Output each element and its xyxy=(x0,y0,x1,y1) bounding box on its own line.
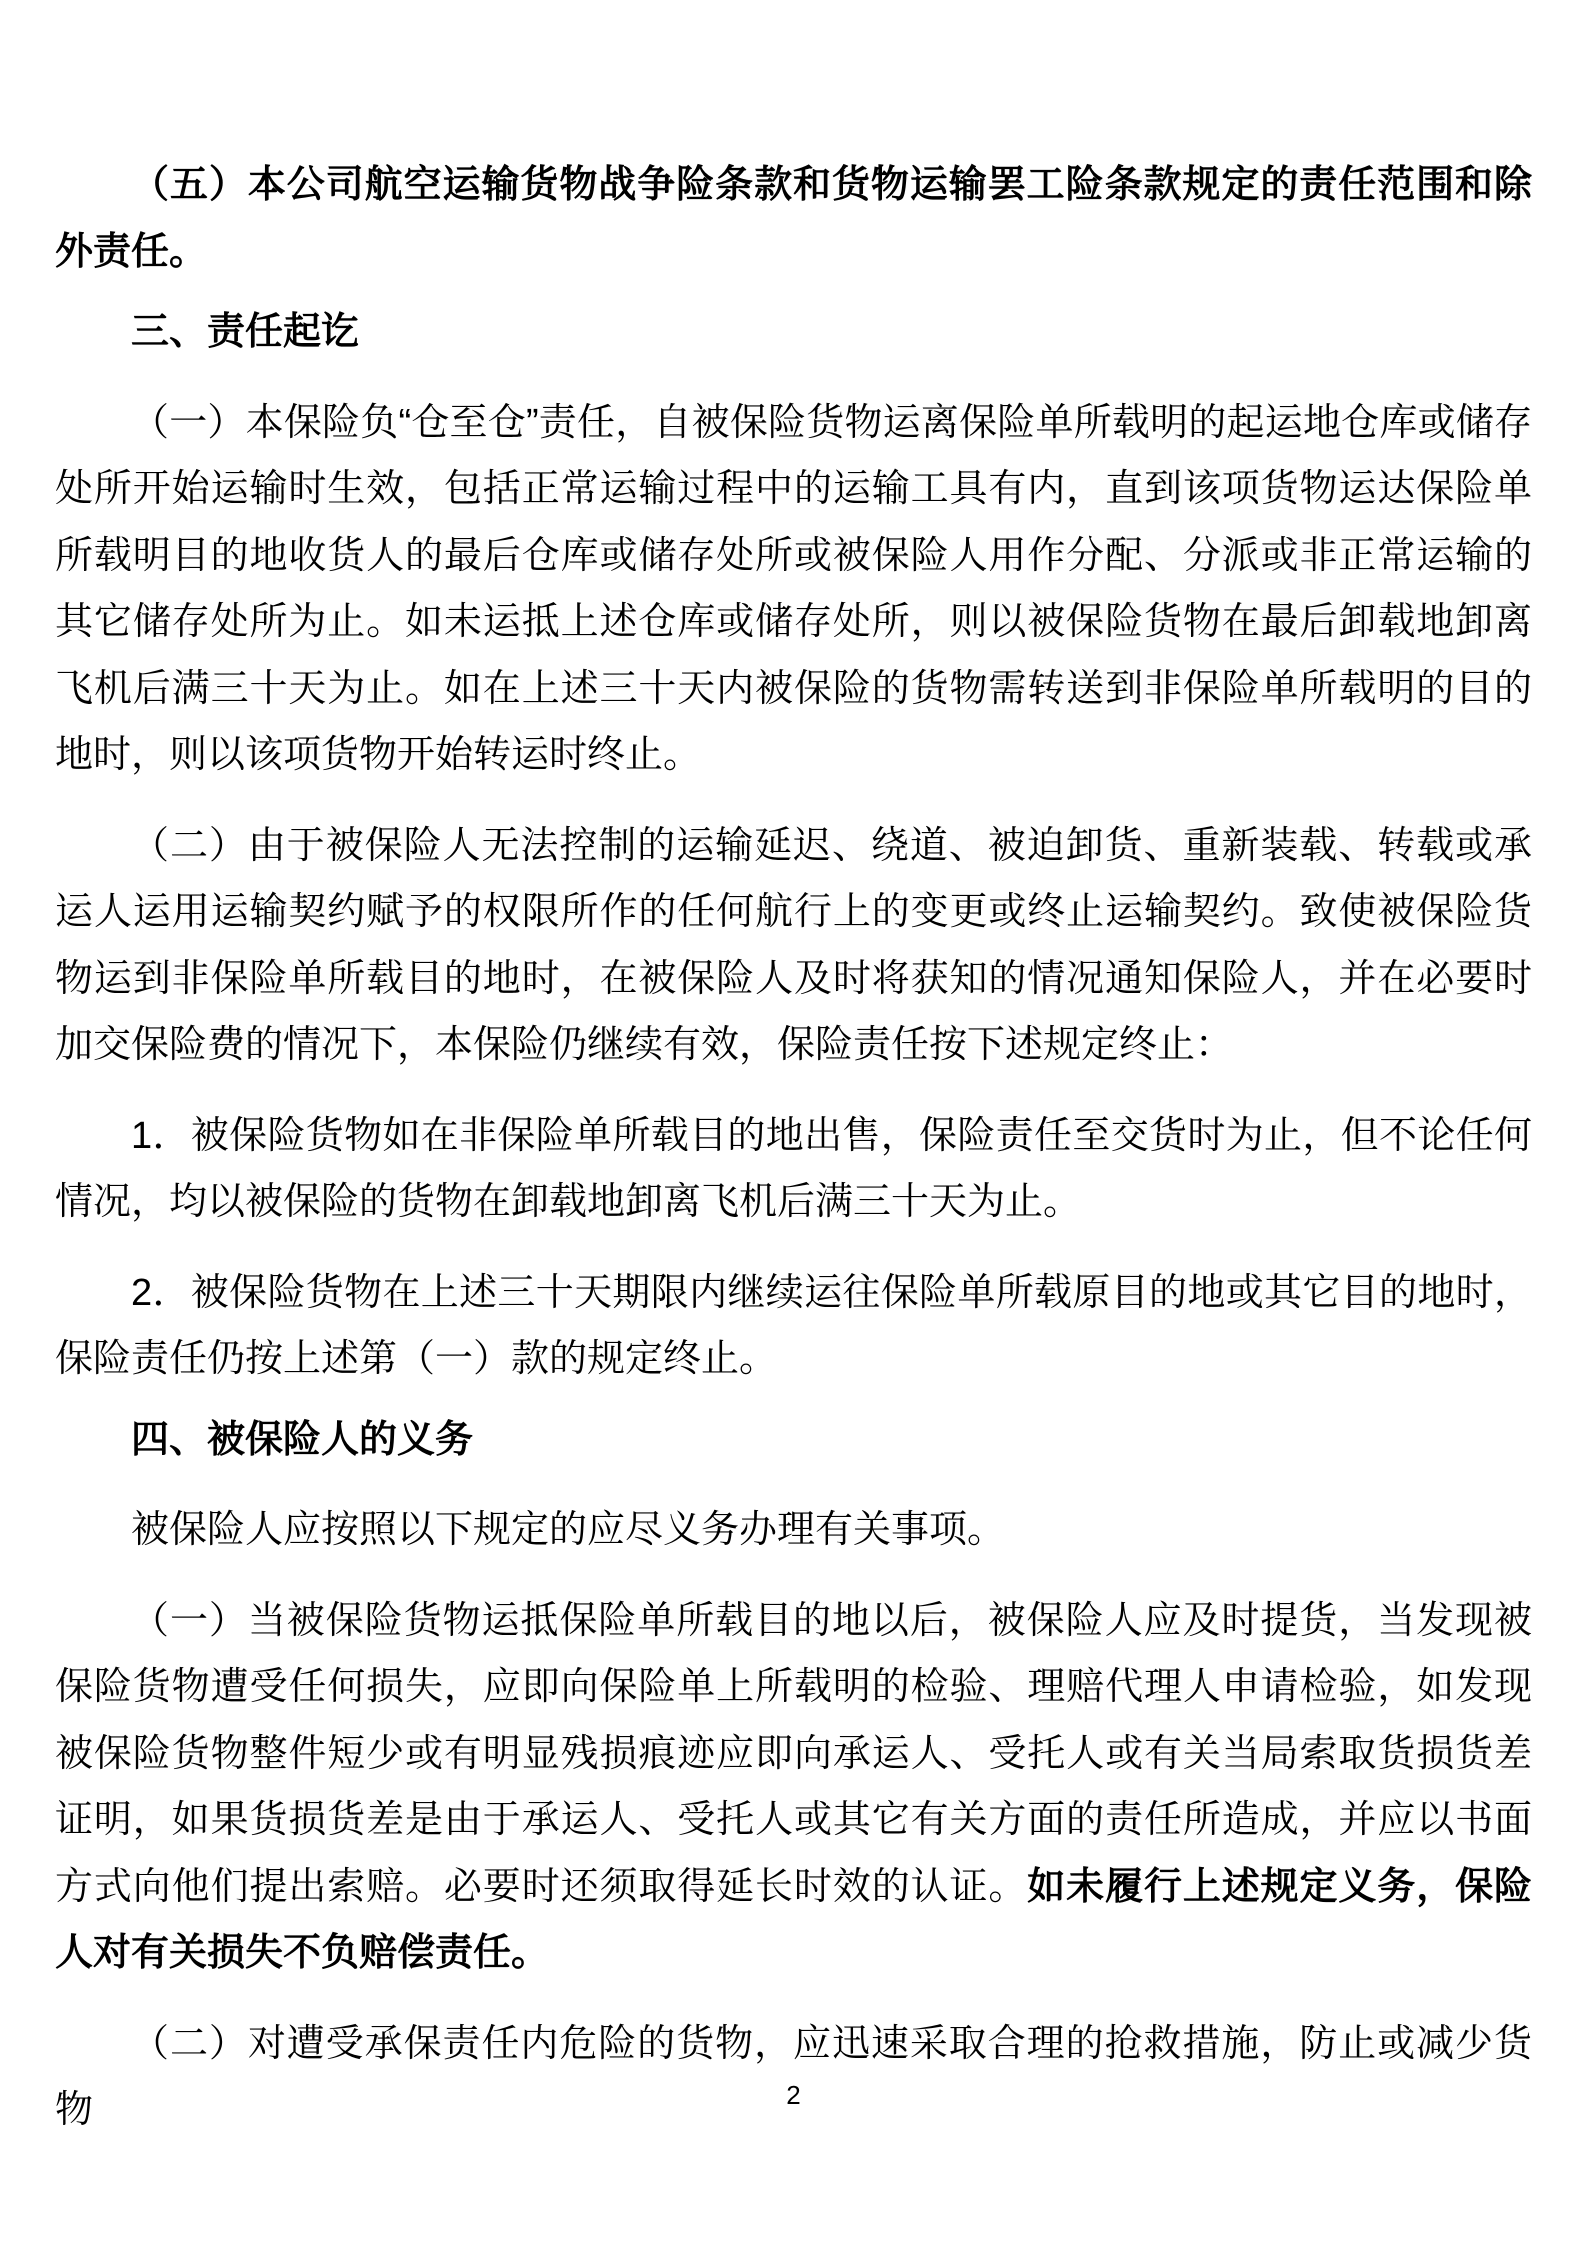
paragraph-section-4-clause-2: （二）对遭受承保责任内危险的货物，应迅速采取合理的抢救措施，防止或减少货物 xyxy=(55,2011,1532,2144)
paragraph-section-3-clause-2: （二）由于被保险人无法控制的运输延迟、绕道、被迫卸货、重新装载、转载或承运人运用… xyxy=(55,813,1532,1079)
section-4-heading: 四、被保险人的义务 xyxy=(55,1407,1532,1474)
paragraph-section-4-intro: 被保险人应按照以下规定的应尽义务办理有关事项。 xyxy=(55,1497,1532,1564)
document-page: （五）本公司航空运输货物战争险条款和货物运输罢工险条款规定的责任范围和除外责任。… xyxy=(0,0,1587,2245)
document-body: （五）本公司航空运输货物战争险条款和货物运输罢工险条款规定的责任范围和除外责任。… xyxy=(0,0,1587,2144)
paragraph-text: （一）当被保险货物运抵保险单所载目的地以后，被保险人应及时提货，当发现被保险货物… xyxy=(55,1600,1532,1908)
paragraph-text: 2．被保险货物在上述三十天期限内继续运往保险单所载原目的地或其它目的地时，保险责… xyxy=(55,1272,1532,1381)
section-3-heading: 三、责任起讫 xyxy=(55,299,1532,366)
paragraph-text: （五）本公司航空运输货物战争险条款和货物运输罢工险条款规定的责任范围和除外责任。 xyxy=(55,164,1532,273)
paragraph-text: （二）对遭受承保责任内危险的货物，应迅速采取合理的抢救措施，防止或减少货物 xyxy=(55,2023,1532,2132)
page-number: 2 xyxy=(0,2078,1587,2112)
paragraph-section-3-clause-2-item-1: 1．被保险货物如在非保险单所载目的地出售，保险责任至交货时为止，但不论任何情况，… xyxy=(55,1103,1532,1236)
heading-text: 三、责任起讫 xyxy=(131,311,359,353)
paragraph-clause-five-scope: （五）本公司航空运输货物战争险条款和货物运输罢工险条款规定的责任范围和除外责任。 xyxy=(55,152,1532,285)
paragraph-section-3-clause-2-item-2: 2．被保险货物在上述三十天期限内继续运往保险单所载原目的地或其它目的地时，保险责… xyxy=(55,1260,1532,1393)
paragraph-text: （一）本保险负“仓至仓”责任，自被保险货物运离保险单所载明的起运地仓库或储存处所… xyxy=(55,402,1532,777)
paragraph-text: 1．被保险货物如在非保险单所载目的地出售，保险责任至交货时为止，但不论任何情况，… xyxy=(55,1115,1532,1224)
paragraph-text: （二）由于被保险人无法控制的运输延迟、绕道、被迫卸货、重新装载、转载或承运人运用… xyxy=(55,825,1532,1067)
paragraph-section-4-clause-1: （一）当被保险货物运抵保险单所载目的地以后，被保险人应及时提货，当发现被保险货物… xyxy=(55,1588,1532,1987)
paragraph-text: 被保险人应按照以下规定的应尽义务办理有关事项。 xyxy=(131,1509,1005,1551)
paragraph-section-3-clause-1: （一）本保险负“仓至仓”责任，自被保险货物运离保险单所载明的起运地仓库或储存处所… xyxy=(55,390,1532,789)
heading-text: 四、被保险人的义务 xyxy=(131,1419,473,1461)
page-footer: 2 xyxy=(0,2078,1587,2112)
